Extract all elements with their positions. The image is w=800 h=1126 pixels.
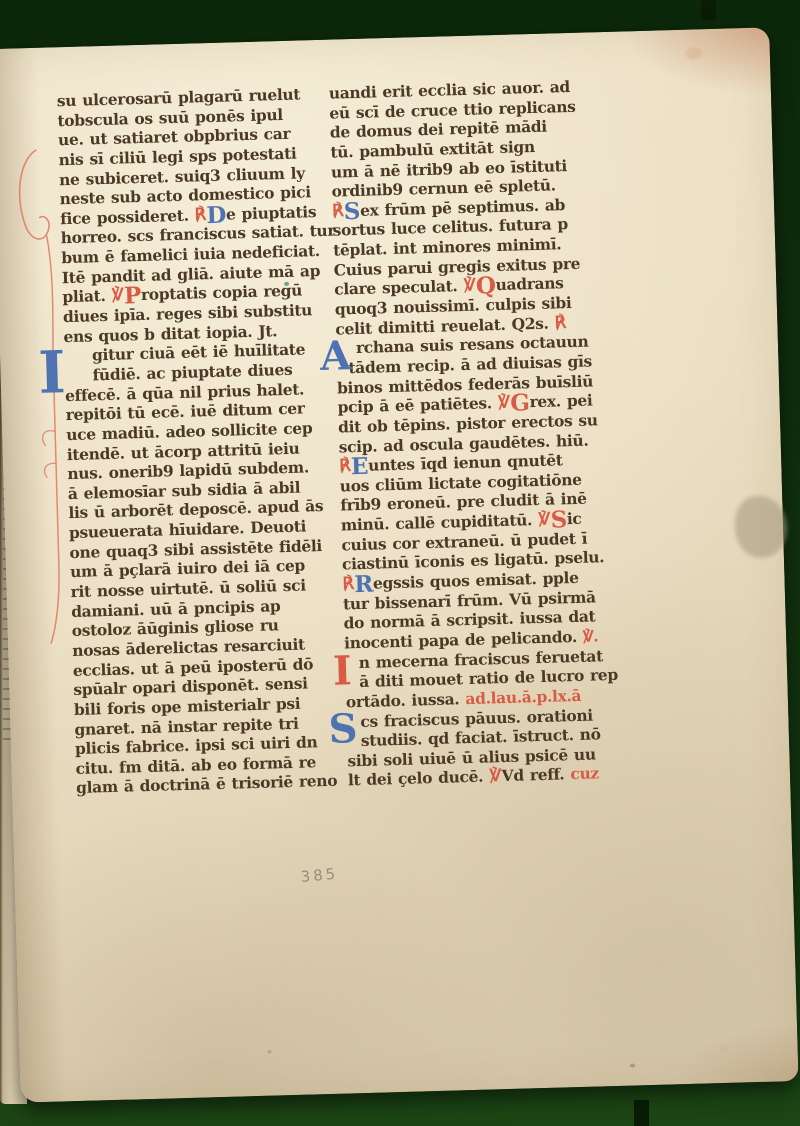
fleck [630,1063,635,1067]
illuminated-initial: I [38,343,67,402]
corner-stain-top-right [619,27,771,101]
colored-initial: ℣ [463,276,476,296]
text-segment: rex. pei [529,391,592,412]
parchment-page: su ulcerosarū plagarū rueluttobscula os … [0,27,799,1102]
corner-stain-bottom-right [677,1021,799,1084]
text-segment: Vd reff. [501,765,570,786]
text-segment: ic [567,509,582,528]
colored-initial: ℟ [554,313,566,333]
colored-initial: cuz [570,764,599,784]
folio-number: 385 [300,864,339,886]
text-segment: pliat. [62,286,112,306]
text-segment: ortādo. iussa. [346,689,466,711]
text-segment: lt dei çelo ducē. [348,767,490,790]
colored-initial: ℣ [538,510,551,530]
text-segment: e piuptatis [226,202,317,224]
text-column-right: uandi erit ecclia sic auor. adeū scī de … [329,75,653,790]
manuscript-photo: su ulcerosarū plagarū rueluttobscula os … [0,0,800,1126]
colored-initial: ℣ [489,767,502,787]
illuminated-initial: S [328,709,358,750]
text-segment: uadrans [495,274,563,295]
bookmark-ribbon-bottom [634,1100,649,1126]
illuminated-initial: I [332,651,352,692]
colored-initial: ad.lau.ā.p.lx.ā [465,686,581,708]
colored-initial: ℣. [583,626,599,645]
colored-initial: ℟ [194,205,206,225]
illuminated-initial: A [320,336,352,377]
stain [734,495,788,558]
colored-initial: ℣ [111,286,124,306]
fleck [267,1050,271,1054]
text-column-left: su ulcerosarū plagarū rueluttobscula os … [57,83,373,798]
colored-initial: ℟ [339,456,351,476]
colored-initial: ℟ [332,201,344,221]
colored-initial: ℣ [498,393,511,413]
bookmark-ribbon-top [701,0,716,20]
colored-initial: ℟ [342,574,354,594]
